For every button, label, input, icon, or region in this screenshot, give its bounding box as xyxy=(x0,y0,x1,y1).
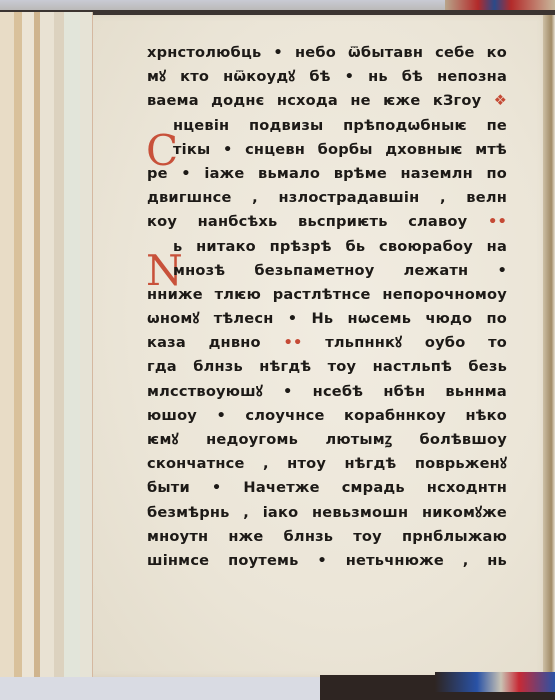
text-line: хрнстолюбць • небо ѿбытавн себе ко xyxy=(147,41,507,65)
text-line: ѥмꙋ недоугомь лютымꙁ болѣвшоу xyxy=(147,428,507,452)
page-stack-left xyxy=(0,12,100,677)
text-line: млсствоуюшꙋ • нсебѣ нбѣн вьннма xyxy=(147,380,507,404)
main-text: хрнстолюбць • небо ѿбытавн себе ко мꙋ кт… xyxy=(147,41,507,573)
red-punctuation: •• xyxy=(283,334,302,351)
text-line-with-initial: каза днвно •• тльпннкꙋ оубо то xyxy=(147,331,507,355)
text-line: тікы • снцевн борбы дховныѥ мтѣ xyxy=(147,138,507,162)
text-line: ваема доднє нсхода не ѥже кЗгоу ❖ xyxy=(147,89,507,113)
page-fore-edge xyxy=(543,15,555,675)
text-line: мꙋ кто нѿкоудꙋ бѣ • нь бѣ непозна xyxy=(147,65,507,89)
text-line: безмѣрнь , іако невьзмошн никомꙋже xyxy=(147,501,507,525)
text-line: двигшнсе , нзлострадавшін , велн xyxy=(147,186,507,210)
text-segment: каза днвно •• тльпннкꙋ оубо то xyxy=(147,334,507,351)
text-line: ь нитако прѣзрѣ бь своюрабоу на xyxy=(147,235,507,259)
textile-bottom xyxy=(435,672,555,692)
red-punctuation: ❖ xyxy=(494,92,507,109)
text-line: быти • Начетже смрадь нсходнтн xyxy=(147,476,507,500)
text-line: гда блнзь нѣгдѣ тоу настльпѣ безь xyxy=(147,355,507,379)
text-line: юшоу • слоучнсе корабннкоу нѣко xyxy=(147,404,507,428)
leaf xyxy=(40,12,55,677)
text-line: мноутн нже блнзь тоу прнблыжаю xyxy=(147,525,507,549)
text-line: нцевін подвизы прѣподѡбныѥ пе xyxy=(147,114,507,138)
text-line: ре • іаже вьмало врѣме наземлн по xyxy=(147,162,507,186)
text-line: мнозѣ безьпаметноу лежатн • xyxy=(147,259,507,283)
text-line: ѡномꙋ тѣлесн • Нь нѡсемь чюдо по xyxy=(147,307,507,331)
text-line: скончатнсе , нтоу нѣгдѣ поврьженꙋ xyxy=(147,452,507,476)
text-line: коу нанбсѣхь вьсприѥть славоу •• xyxy=(147,210,507,234)
leaf xyxy=(64,12,81,677)
text-line: нниже тлѥю растлѣтнсе непорочномоу xyxy=(147,283,507,307)
red-punctuation: •• xyxy=(488,213,507,230)
text-line: шінмсе поутемь • нетьчнюже , нь xyxy=(147,549,507,573)
leaf xyxy=(0,12,15,677)
